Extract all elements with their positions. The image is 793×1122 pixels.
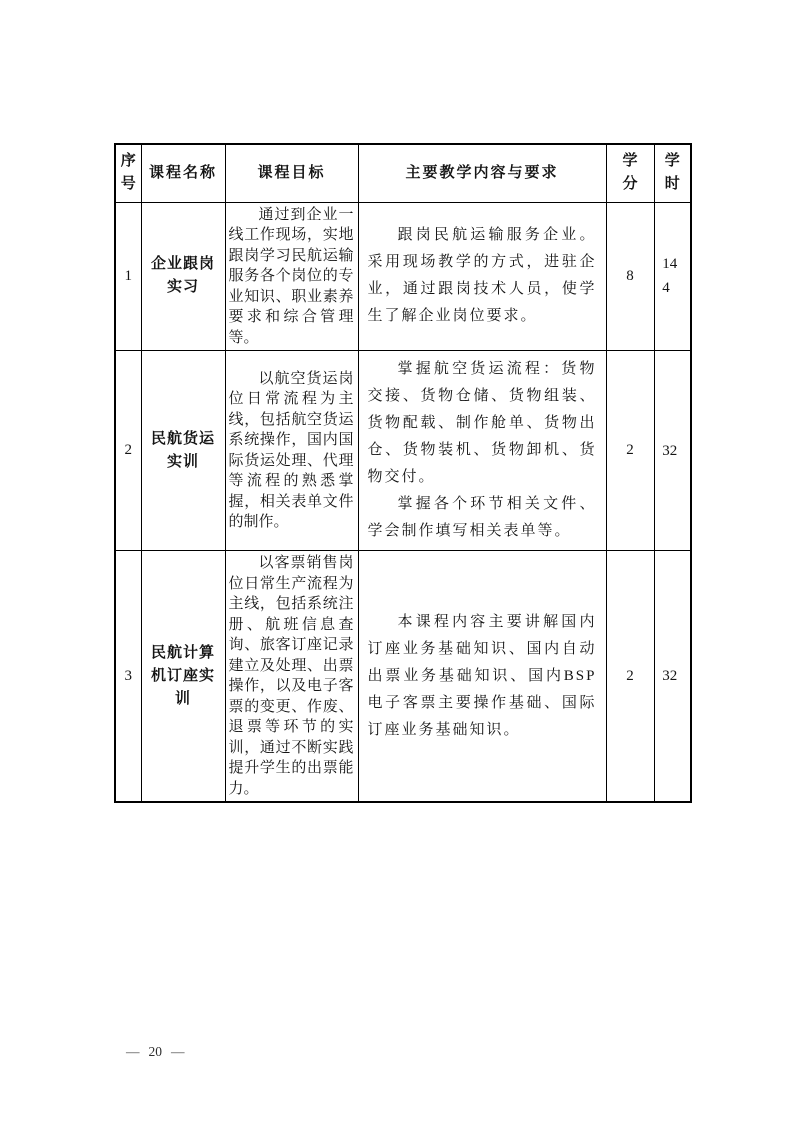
footer-right-dash: — — [171, 1044, 185, 1060]
row-number-cell: 3 — [115, 551, 141, 803]
content-paragraph: 跟岗民航运输服务企业。采用现场教学的方式，进驻企业，通过跟岗技术人员，使学生了解… — [368, 222, 597, 330]
content-paragraph: 本课程内容主要讲解国内订座业务基础知识、国内自动出票业务基础知识、国内BSP电子… — [368, 609, 597, 744]
footer-left-dash: — — [126, 1044, 140, 1060]
credits-cell: 8 — [606, 202, 654, 351]
objective-cell: 以客票销售岗位日常生产流程为主线，包括系统注册、航班信息查询、旅客订座记录建立及… — [225, 551, 358, 803]
table-row: 1 企业跟岗实习 通过到企业一线工作现场，实地跟岗学习民航运输服务各个岗位的专业… — [115, 202, 691, 351]
content-cell: 本课程内容主要讲解国内订座业务基础知识、国内自动出票业务基础知识、国内BSP电子… — [358, 551, 606, 803]
col-header-hours: 学时 — [654, 144, 691, 202]
row-number-cell: 1 — [115, 202, 141, 351]
hours-cell: 32 — [654, 551, 691, 803]
objective-paragraph: 以客票销售岗位日常生产流程为主线，包括系统注册、航班信息查询、旅客订座记录建立及… — [229, 553, 354, 799]
col-header-course-name: 课程名称 — [141, 144, 225, 202]
col-header-hours-label: 学时 — [664, 150, 681, 196]
page-footer: — 20 — — [126, 1044, 185, 1060]
objective-paragraph: 以航空货运岗位日常流程为主线，包括航空货运系统操作，国内国际货运处理、代理等流程… — [229, 369, 354, 533]
content-paragraph: 掌握航空货运流程：货物交接、货物仓储、货物组装、货物配载、制作舱单、货物出仓、货… — [368, 356, 597, 491]
course-name-cell: 民航计算机订座实训 — [141, 551, 225, 803]
col-header-objective: 课程目标 — [225, 144, 358, 202]
objective-paragraph: 通过到企业一线工作现场，实地跟岗学习民航运输服务各个岗位的专业知识、职业素养要求… — [229, 205, 354, 349]
col-header-seq: 序号 — [115, 144, 141, 202]
content-cell: 掌握航空货运流程：货物交接、货物仓储、货物组装、货物配载、制作舱单、货物出仓、货… — [358, 351, 606, 551]
col-header-course-name-label: 课程名称 — [149, 165, 217, 181]
table-row: 3 民航计算机订座实训 以客票销售岗位日常生产流程为主线，包括系统注册、航班信息… — [115, 551, 691, 803]
col-header-seq-label: 序号 — [120, 150, 137, 196]
col-header-content-label: 主要教学内容与要求 — [405, 165, 558, 181]
course-table: 序号 课程名称 课程目标 主要教学内容与要求 学分 学时 1 企业跟岗实习 通过… — [114, 143, 692, 803]
table-row: 2 民航货运实训 以航空货运岗位日常流程为主线，包括航空货运系统操作，国内国际货… — [115, 351, 691, 551]
row-number-cell: 2 — [115, 351, 141, 551]
course-name-cell: 企业跟岗实习 — [141, 202, 225, 351]
credits-cell: 2 — [606, 351, 654, 551]
col-header-content: 主要教学内容与要求 — [358, 144, 606, 202]
objective-cell: 通过到企业一线工作现场，实地跟岗学习民航运输服务各个岗位的专业知识、职业素养要求… — [225, 202, 358, 351]
content-paragraph: 掌握各个环节相关文件、学会制作填写相关表单等。 — [368, 491, 597, 545]
objective-cell: 以航空货运岗位日常流程为主线，包括航空货运系统操作，国内国际货运处理、代理等流程… — [225, 351, 358, 551]
page-number: 20 — [149, 1044, 163, 1060]
hours-cell: 32 — [654, 351, 691, 551]
course-name-cell: 民航货运实训 — [141, 351, 225, 551]
hours-value: 32 — [662, 664, 682, 688]
hours-value: 144 — [662, 252, 682, 300]
content-cell: 跟岗民航运输服务企业。采用现场教学的方式，进驻企业，通过跟岗技术人员，使学生了解… — [358, 202, 606, 351]
hours-cell: 144 — [654, 202, 691, 351]
document-page: 序号 课程名称 课程目标 主要教学内容与要求 学分 学时 1 企业跟岗实习 通过… — [0, 0, 793, 1122]
credits-cell: 2 — [606, 551, 654, 803]
col-header-credits: 学分 — [606, 144, 654, 202]
hours-value: 32 — [662, 439, 682, 463]
table-header-row: 序号 课程名称 课程目标 主要教学内容与要求 学分 学时 — [115, 144, 691, 202]
col-header-credits-label: 学分 — [622, 150, 639, 196]
col-header-objective-label: 课程目标 — [257, 165, 325, 181]
